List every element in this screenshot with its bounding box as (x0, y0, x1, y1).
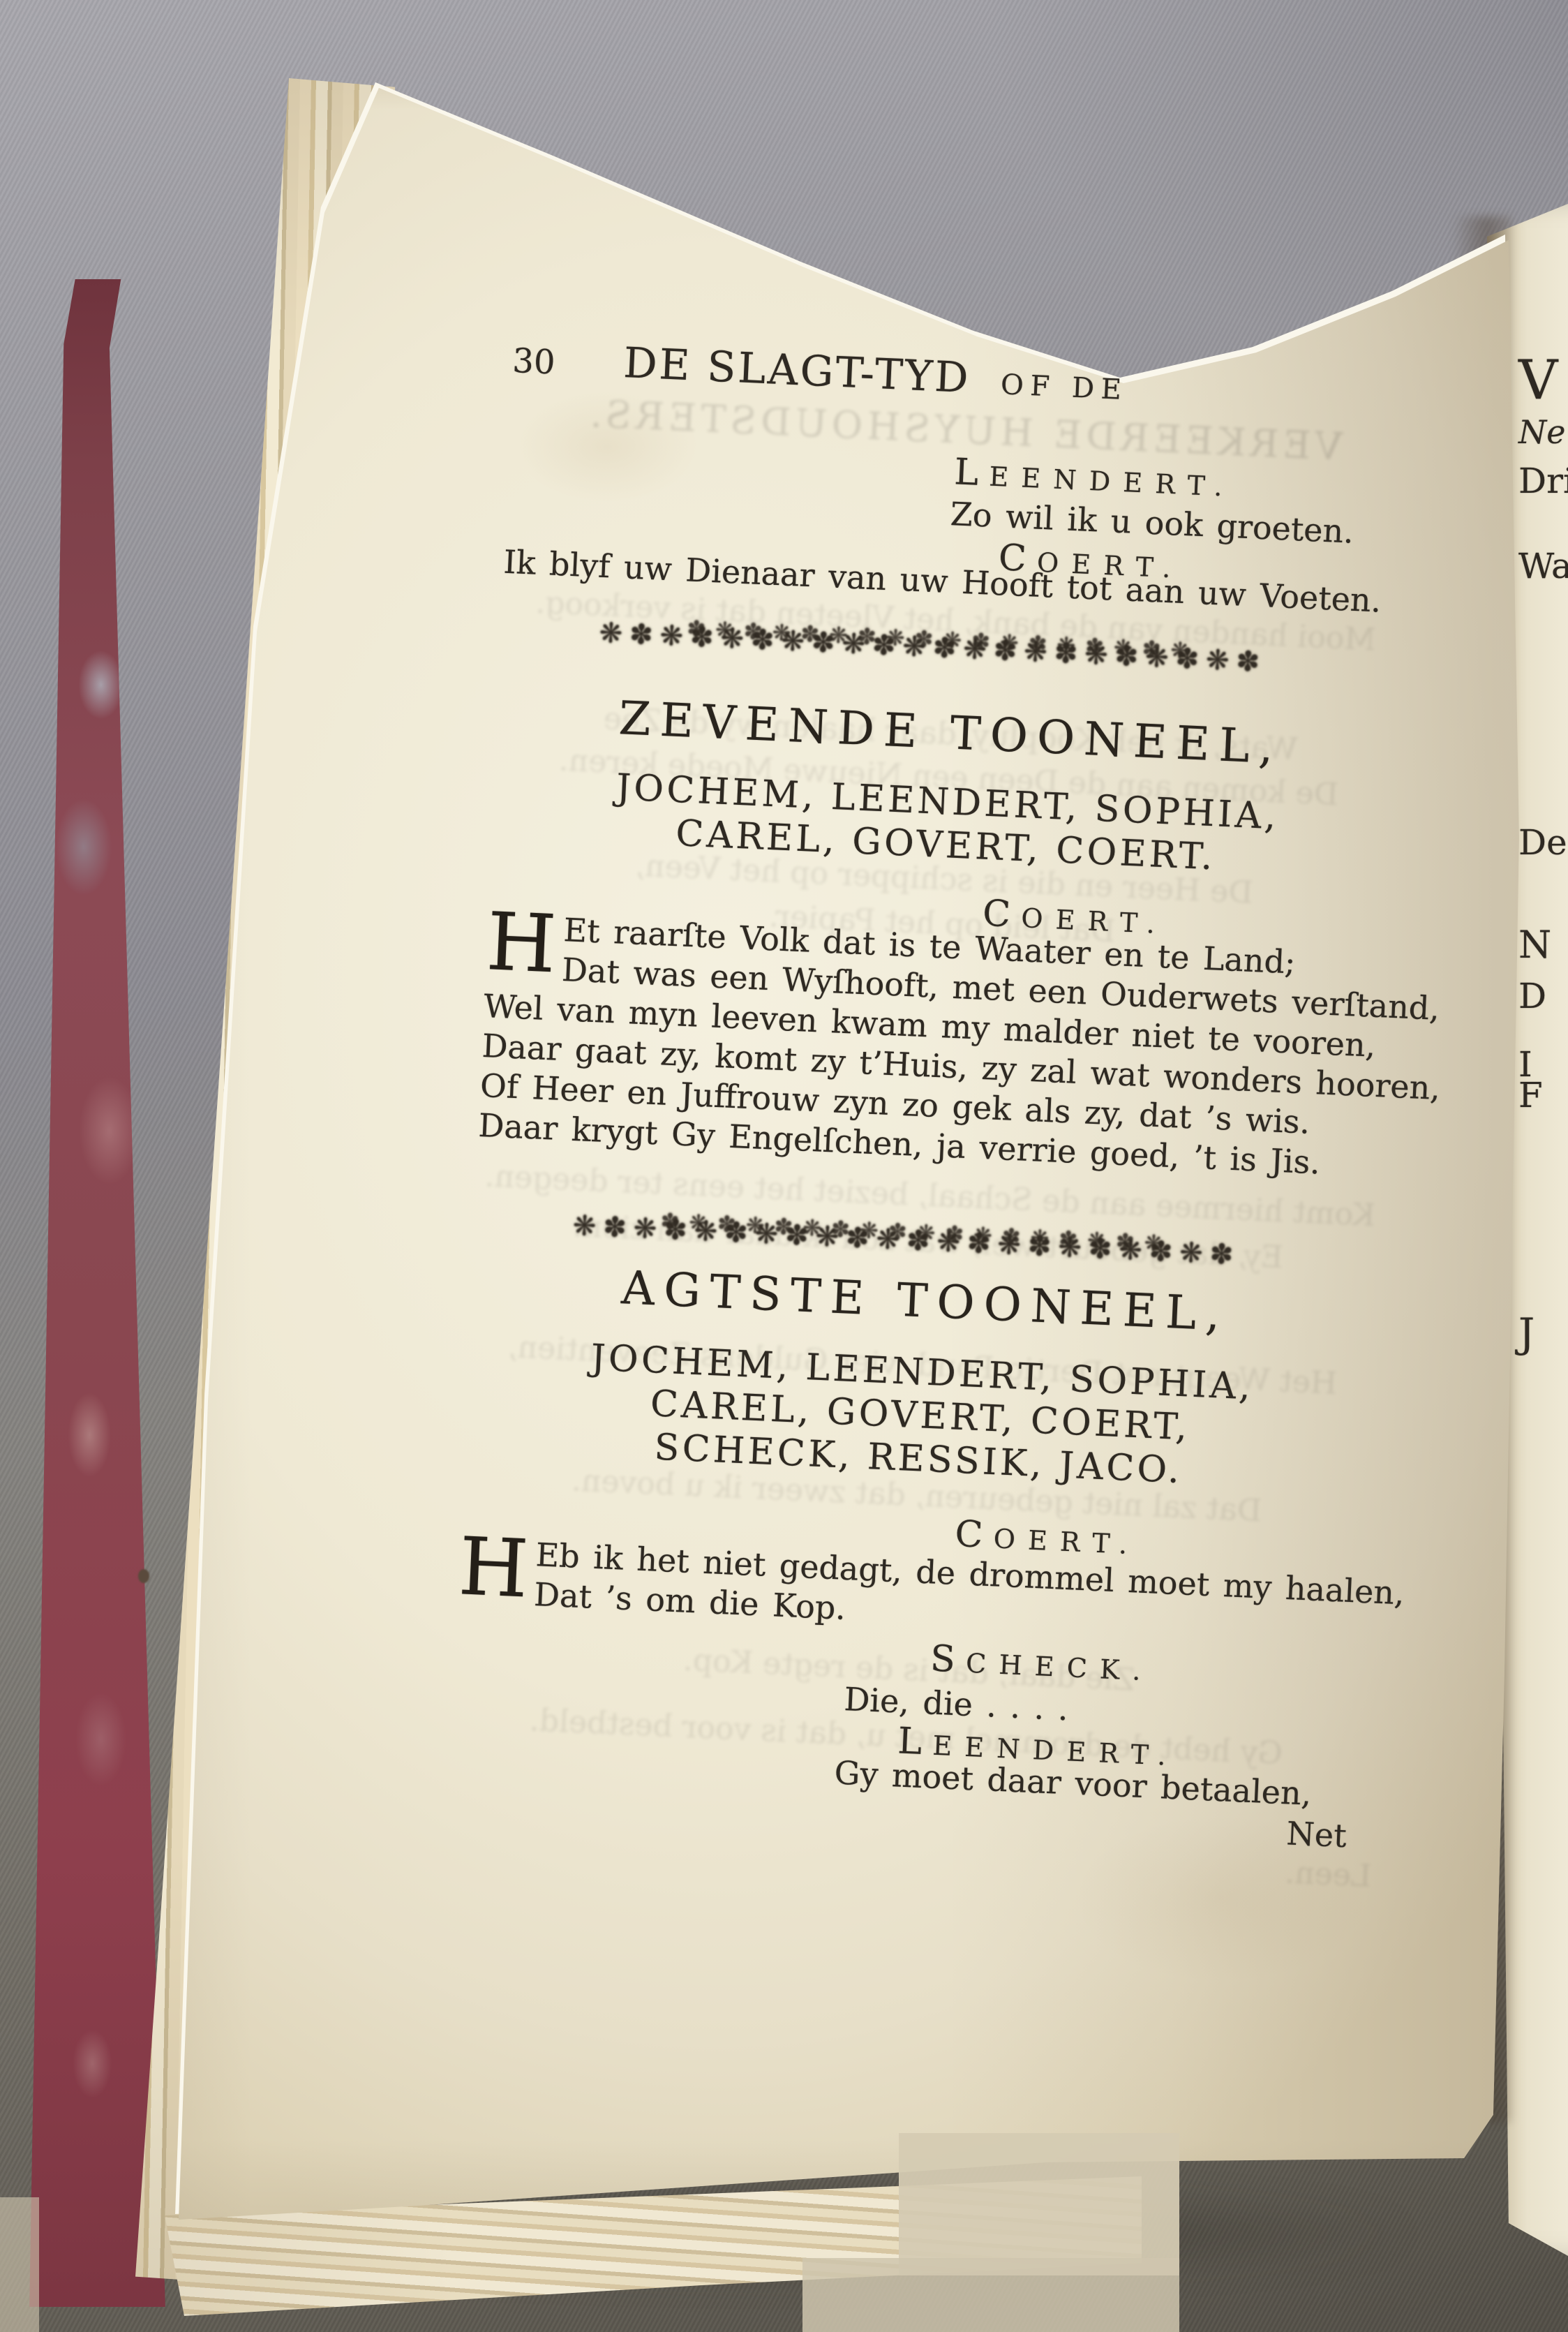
beige-overlay-patch (899, 2133, 1179, 2275)
next-page-fragment: V (1518, 349, 1558, 412)
next-page-fragment: Ne (1518, 413, 1565, 451)
next-page-fragment: J (1518, 1309, 1535, 1357)
running-title-suffix: OF DE (1000, 369, 1128, 406)
drop-cap: H (457, 1534, 530, 1610)
drop-cap: H (485, 909, 558, 985)
next-page-fragment: F (1518, 1075, 1543, 1115)
running-title: DE SLAGT-TYD (622, 339, 971, 403)
page-number: 30 (512, 341, 556, 383)
verse-paragraph: H Et raarſte Volk dat is te Waater en te… (477, 907, 1396, 1186)
beige-overlay-patch (802, 2258, 1179, 2332)
beige-overlay-patch (0, 2197, 39, 2332)
photo-of-open-book: { "header": { "page_number": "30", "titl… (0, 0, 1568, 2332)
next-page-fragment: D (1518, 976, 1546, 1016)
next-page-fragment: De (1518, 822, 1567, 863)
printed-text-block: VERKEERDE HUYSHOUDSTERS. Mooi handen van… (445, 306, 1423, 1915)
paper-speck (138, 1569, 149, 1583)
marbled-cover-edge (27, 279, 170, 2307)
